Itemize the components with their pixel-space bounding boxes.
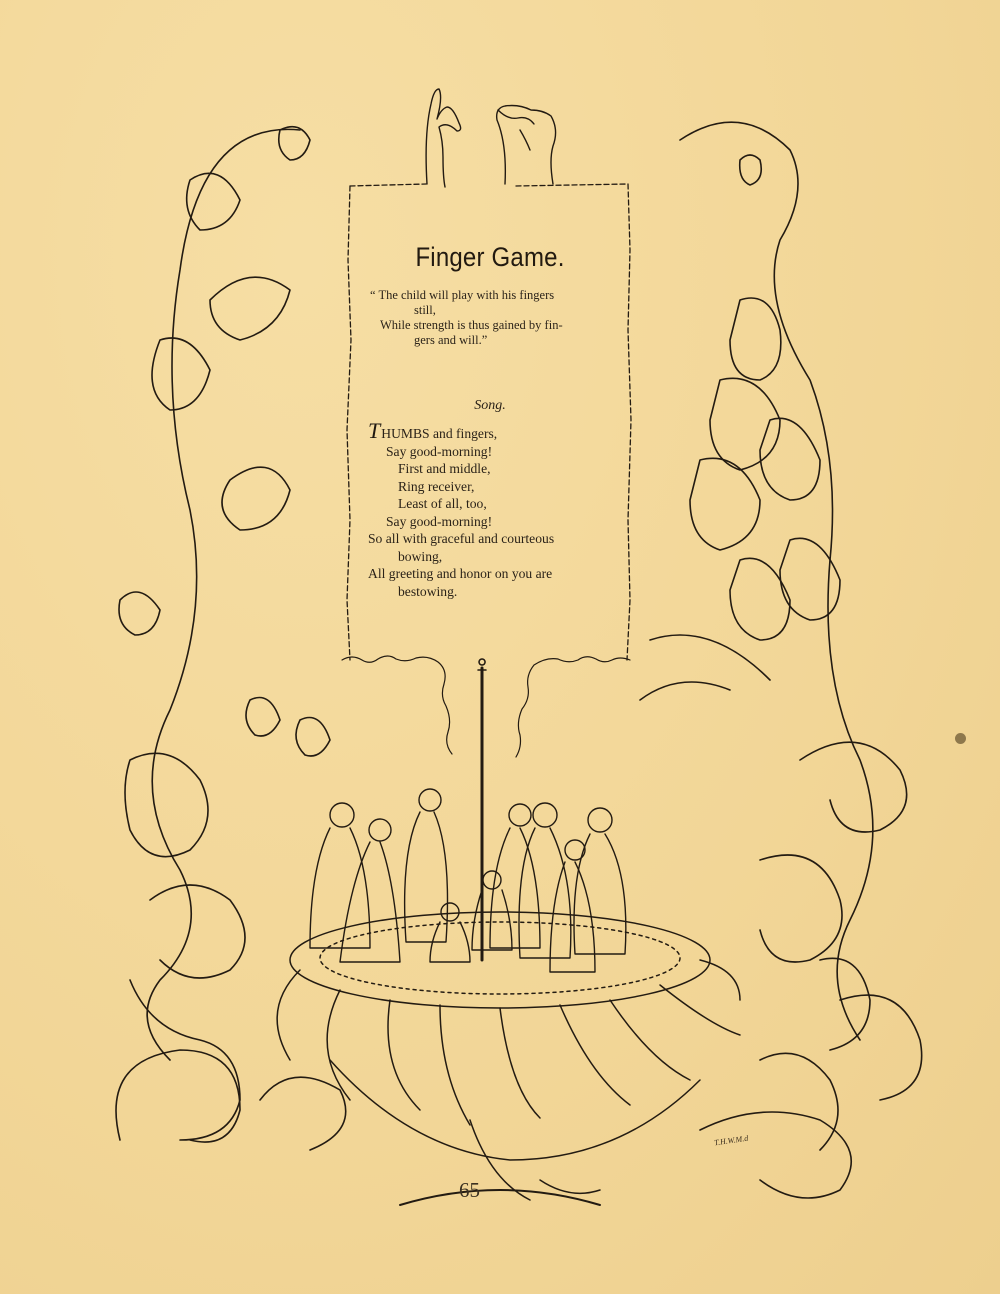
verse-line: All greeting and honor on you are bbox=[368, 565, 628, 583]
children-figures bbox=[310, 789, 626, 972]
verse-line: Say good-morning! bbox=[368, 513, 628, 531]
verse-line: Least of all, too, bbox=[368, 495, 628, 513]
foxglove-stalk-right bbox=[640, 122, 907, 1150]
page-title: Finger Game. bbox=[350, 242, 630, 273]
verse-line: First and middle, bbox=[368, 460, 628, 478]
paper-stain bbox=[955, 733, 966, 744]
song-heading: Song. bbox=[350, 398, 630, 414]
sunflower-stage bbox=[277, 912, 740, 1200]
acanthus-scrolls bbox=[116, 995, 922, 1205]
song-verse: THUMBS and fingers, Say good-morning! Fi… bbox=[368, 424, 628, 600]
page-number: 65 bbox=[459, 1178, 480, 1203]
frame-bottom-left bbox=[342, 656, 452, 754]
verse-line: bestowing. bbox=[368, 583, 628, 601]
verse-line: Ring receiver, bbox=[368, 478, 628, 496]
text-panel: Finger Game. “ The child will play with … bbox=[350, 186, 630, 656]
drop-cap: T bbox=[368, 418, 380, 443]
epigraph-line: still, bbox=[370, 303, 620, 318]
epigraph-line: gers and will.” bbox=[370, 333, 620, 348]
verse-line: Say good-morning! bbox=[368, 443, 628, 461]
frame-bottom-right bbox=[516, 657, 630, 757]
verse-line: So all with graceful and courteous bbox=[368, 530, 628, 548]
epigraph-line: “ The child will play with his fingers bbox=[370, 288, 620, 303]
epigraph: “ The child will play with his fingers s… bbox=[370, 288, 620, 348]
epigraph-line: While strength is thus gained by fin- bbox=[370, 318, 620, 333]
hands-icon bbox=[426, 89, 555, 187]
bellflower-vine-left bbox=[119, 127, 330, 1140]
verse-line: bowing, bbox=[368, 548, 628, 566]
maypole-icon bbox=[478, 659, 486, 960]
verse-line-first: THUMBS and fingers, bbox=[368, 424, 628, 443]
